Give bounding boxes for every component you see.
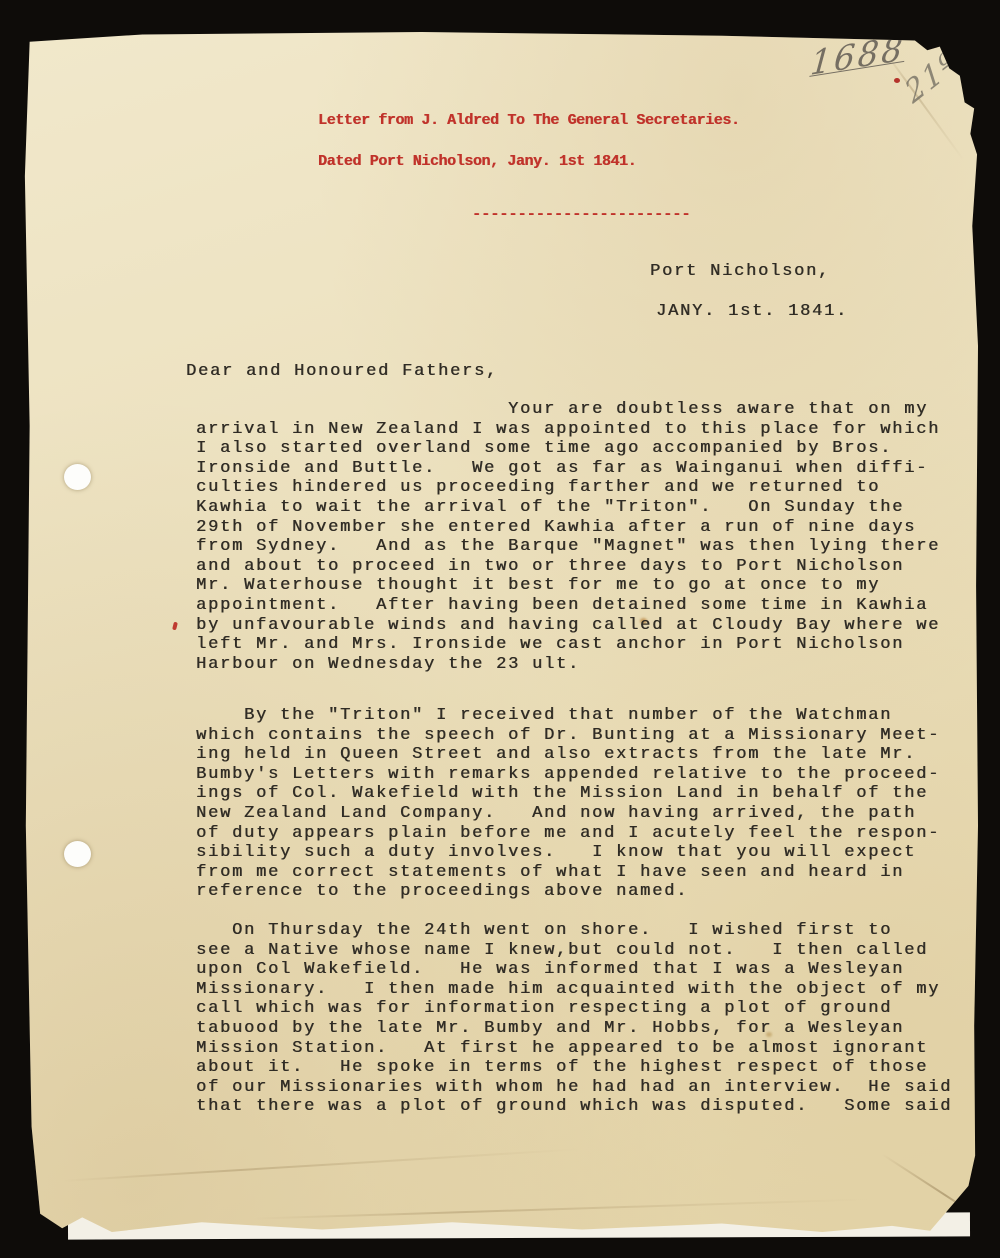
body-paragraph-2: By the "Triton" I received that number o… bbox=[196, 706, 940, 902]
paper-crease bbox=[62, 1148, 581, 1182]
punch-hole-bottom bbox=[64, 841, 91, 867]
dateline-date: JANY. 1st. 1841. bbox=[656, 302, 848, 321]
handwritten-corner-number: 21º bbox=[900, 44, 963, 111]
red-dot-mark bbox=[894, 78, 900, 83]
scan-background: 1688 21º Letter from J. Aldred To The Ge… bbox=[0, 0, 1000, 1258]
red-margin-mark bbox=[172, 622, 178, 631]
punch-hole-top bbox=[64, 464, 91, 490]
dateline-place: Port Nicholson, bbox=[650, 262, 830, 281]
body-paragraph-3: On Thursday the 24th went on shore. I wi… bbox=[196, 921, 952, 1117]
red-dashed-divider: ------------------------ bbox=[472, 206, 690, 223]
letter-page: 1688 21º Letter from J. Aldred To The Ge… bbox=[22, 26, 978, 1238]
salutation: Dear and Honoured Fathers, bbox=[186, 362, 498, 381]
handwritten-archive-number: 1688 bbox=[809, 28, 907, 83]
letter-title-line1: Letter from J. Aldred To The General Sec… bbox=[318, 112, 739, 129]
paper-crease bbox=[252, 1198, 872, 1219]
letter-title-line2: Dated Port Nicholson, Jany. 1st 1841. bbox=[318, 153, 636, 170]
body-paragraph-1: Your are doubtless aware that on my arri… bbox=[196, 400, 940, 674]
